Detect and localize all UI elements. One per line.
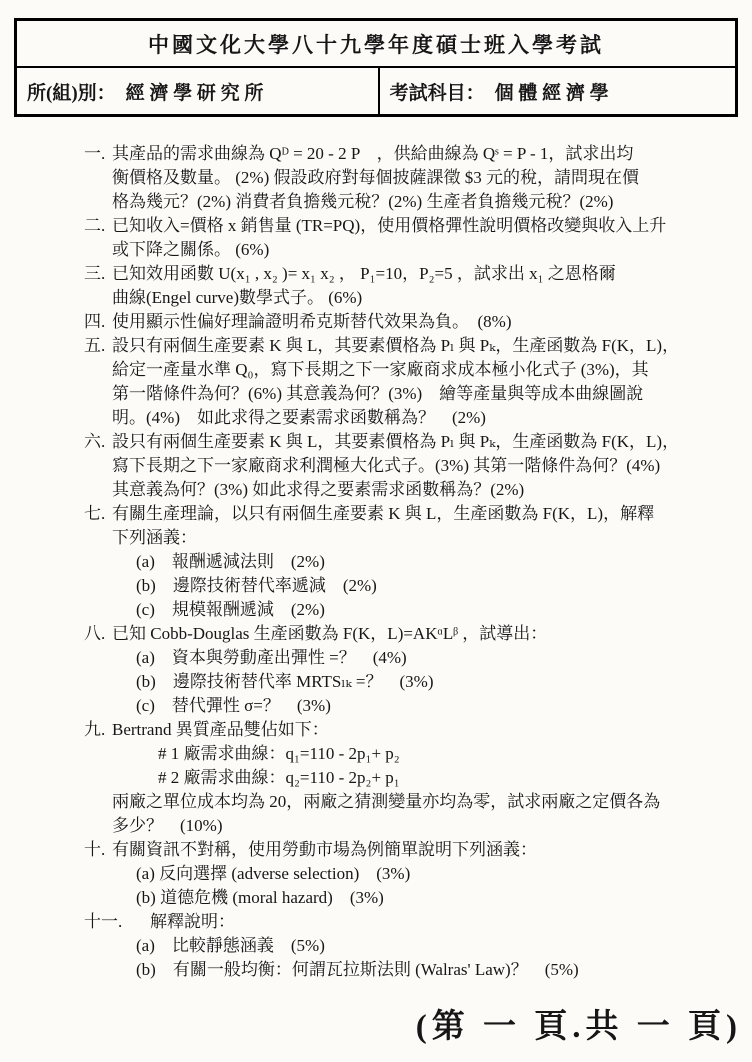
question-line: 九.Bertrand 異質產品雙佔如下： <box>84 718 752 742</box>
exam-header-row: 所(組)別：經 濟 學 研 究 所 考試科目：個 體 經 濟 學 <box>17 68 735 114</box>
question-line: 給定一產量水準 Q₀，寫下長期之下一家廠商求成本極小化式子 (3%)，其 <box>112 358 752 382</box>
question-line: 曲線(Engel curve)數學式子。 (6%) <box>112 286 752 310</box>
question-2: 二.已知收入=價格 x 銷售量 (TR=PQ)，使用價格彈性說明價格改變與收入上… <box>0 214 752 262</box>
question-line: 第一階條件為何？(6%) 其意義為何？(3%) 繪等產量與等成本曲線圖說 <box>112 382 752 406</box>
question-text: 其產品的需求曲線為 Qᴰ = 20 - 2 P ，供給曲線為 Qˢ = P - … <box>112 144 633 163</box>
exam-paper-page: 中國文化大學八十九學年度碩士班入學考試 所(組)別：經 濟 學 研 究 所 考試… <box>0 0 752 1062</box>
question-line: 明。(4%) 如此求得之要素需求函數稱為？ (2%) <box>112 406 752 430</box>
question-text: 設只有兩個生產要素 K 與 L，其要素價格為 Pₗ 與 Pₖ，生產函數為 F(K… <box>112 336 679 355</box>
question-line: 寫下長期之下一家廠商求利潤極大化式子。(3%) 其第一階條件為何？(4%) <box>112 454 752 478</box>
subject-label: 考試科目： <box>390 83 485 104</box>
question-text: 已知 Cobb-Douglas 生產函數為 F(K，L)=AKᵅLᵝ ，試導出： <box>112 624 547 643</box>
question-text: 設只有兩個生產要素 K 與 L，其要素價格為 Pₗ 與 Pₖ，生產函數為 F(K… <box>112 432 679 451</box>
question-line: 七.有關生產理論，以只有兩個生產要素 K 與 L，生產函數為 F(K，L)，解釋 <box>84 502 752 526</box>
exam-title: 中國文化大學八十九學年度碩士班入學考試 <box>17 21 735 68</box>
question-8: 八.已知 Cobb-Douglas 生產函數為 F(K，L)=AKᵅLᵝ ，試導… <box>0 622 752 718</box>
department-cell: 所(組)別：經 濟 學 研 究 所 <box>17 68 380 114</box>
question-number: 三. <box>84 262 112 286</box>
question-number: 八. <box>84 622 112 646</box>
question-text: 有關資訊不對稱，使用勞動市場為例簡單說明下列涵義： <box>112 840 537 859</box>
question-subitem: (b) 有關一般均衡：何謂瓦拉斯法則 (Walras' Law)？ (5%) <box>136 958 752 982</box>
question-line: 其意義為何？(3%) 如此求得之要素需求函數稱為？(2%) <box>112 478 752 502</box>
question-subitem: (a) 反向選擇 (adverse selection) (3%) <box>136 862 752 886</box>
question-text: 有關生產理論，以只有兩個生產要素 K 與 L，生產函數為 F(K，L)，解釋 <box>112 504 654 523</box>
question-line: 衡價格及數量。 (2%) 假設政府對每個披薩課徵 $3 元的稅，請問現在價 <box>112 166 752 190</box>
question-number: 十. <box>84 838 112 862</box>
question-text: 已知收入=價格 x 銷售量 (TR=PQ)，使用價格彈性說明價格改變與收入上升 <box>112 216 666 235</box>
question-6: 六.設只有兩個生產要素 K 與 L，其要素價格為 Pₗ 與 Pₖ，生產函數為 F… <box>0 430 752 502</box>
question-number: 四. <box>84 310 112 334</box>
question-number: 六. <box>84 430 112 454</box>
question-number: 九. <box>84 718 112 742</box>
question-number: 十一. <box>84 910 150 934</box>
question-subitem: (b) 道德危機 (moral hazard) (3%) <box>136 886 752 910</box>
question-line: 下列涵義： <box>112 526 752 550</box>
question-text: Bertrand 異質產品雙佔如下： <box>112 720 329 739</box>
exam-header-box: 中國文化大學八十九學年度碩士班入學考試 所(組)別：經 濟 學 研 究 所 考試… <box>14 18 738 117</box>
question-number: 七. <box>84 502 112 526</box>
question-subitem: (c) 規模報酬遞減 (2%) <box>136 598 752 622</box>
question-number: 二. <box>84 214 112 238</box>
question-text: 已知效用函數 U(x₁ , x₂ )= x₁ x₂ ， P₁=10，P₂=5 ，… <box>112 264 616 283</box>
question-3: 三.已知效用函數 U(x₁ , x₂ )= x₁ x₂ ， P₁=10，P₂=5… <box>0 262 752 310</box>
question-subitem: (a) 比較靜態涵義 (5%) <box>136 934 752 958</box>
question-10: 十.有關資訊不對稱，使用勞動市場為例簡單說明下列涵義： (a) 反向選擇 (ad… <box>0 838 752 910</box>
demand-curve-line: # 2 廠需求曲線：q₂=110 - 2p₂+ p₁ <box>158 766 752 790</box>
question-text: 使用顯示性偏好理論證明希克斯替代效果為負。 (8%) <box>112 312 511 331</box>
question-subitem: (b) 邊際技術替代率遞減 (2%) <box>136 574 752 598</box>
question-text: 解釋說明： <box>150 912 235 931</box>
question-9: 九.Bertrand 異質產品雙佔如下： # 1 廠需求曲線：q₁=110 - … <box>0 718 752 838</box>
question-subitem: (c) 替代彈性 σ=？ (3%) <box>136 694 752 718</box>
question-line: 八.已知 Cobb-Douglas 生產函數為 F(K，L)=AKᵅLᵝ ，試導… <box>84 622 752 646</box>
question-line: 十一.解釋說明： <box>84 910 752 934</box>
demand-curve-line: # 1 廠需求曲線：q₁=110 - 2p₁+ p₂ <box>158 742 752 766</box>
department-value: 經 濟 學 研 究 所 <box>126 83 264 104</box>
subject-cell: 考試科目：個 體 經 濟 學 <box>380 68 735 114</box>
department-label: 所(組)別： <box>27 83 116 104</box>
question-line: 二.已知收入=價格 x 銷售量 (TR=PQ)，使用價格彈性說明價格改變與收入上… <box>84 214 752 238</box>
question-line: 多少？ (10%) <box>112 814 752 838</box>
question-11: 十一.解釋說明： (a) 比較靜態涵義 (5%) (b) 有關一般均衡：何謂瓦拉… <box>0 910 752 982</box>
question-line: 一.其產品的需求曲線為 Qᴰ = 20 - 2 P ，供給曲線為 Qˢ = P … <box>84 142 752 166</box>
question-line: 五.設只有兩個生產要素 K 與 L，其要素價格為 Pₗ 與 Pₖ，生產函數為 F… <box>84 334 752 358</box>
question-subitem: (a) 資本與勞動產出彈性 =？ (4%) <box>136 646 752 670</box>
question-7: 七.有關生產理論，以只有兩個生產要素 K 與 L，生產函數為 F(K，L)，解釋… <box>0 502 752 622</box>
questions-list: 一.其產品的需求曲線為 Qᴰ = 20 - 2 P ，供給曲線為 Qˢ = P … <box>0 142 752 982</box>
question-line: 六.設只有兩個生產要素 K 與 L，其要素價格為 Pₗ 與 Pₖ，生產函數為 F… <box>84 430 752 454</box>
question-number: 一. <box>84 142 112 166</box>
question-line: 格為幾元？(2%) 消費者負擔幾元稅？(2%) 生產者負擔幾元稅？(2%) <box>112 190 752 214</box>
question-number: 五. <box>84 334 112 358</box>
question-1: 一.其產品的需求曲線為 Qᴰ = 20 - 2 P ，供給曲線為 Qˢ = P … <box>0 142 752 214</box>
subject-value: 個 體 經 濟 學 <box>495 83 609 104</box>
question-line: 三.已知效用函數 U(x₁ , x₂ )= x₁ x₂ ， P₁=10，P₂=5… <box>84 262 752 286</box>
question-line: 十.有關資訊不對稱，使用勞動市場為例簡單說明下列涵義： <box>84 838 752 862</box>
question-4: 四.使用顯示性偏好理論證明希克斯替代效果為負。 (8%) <box>0 310 752 334</box>
question-5: 五.設只有兩個生產要素 K 與 L，其要素價格為 Pₗ 與 Pₖ，生產函數為 F… <box>0 334 752 430</box>
question-line: 四.使用顯示性偏好理論證明希克斯替代效果為負。 (8%) <box>84 310 752 334</box>
question-line: 兩廠之單位成本均為 20，兩廠之猜測變量亦均為零，試求兩廠之定價各為 <box>112 790 752 814</box>
question-line: 或下降之關係。 (6%) <box>112 238 752 262</box>
question-subitem: (a) 報酬遞減法則 (2%) <box>136 550 752 574</box>
page-number-footer: (第 一 頁.共 一 頁) <box>416 1000 742 1047</box>
question-subitem: (b) 邊際技術替代率 MRTSₗₖ =？ (3%) <box>136 670 752 694</box>
